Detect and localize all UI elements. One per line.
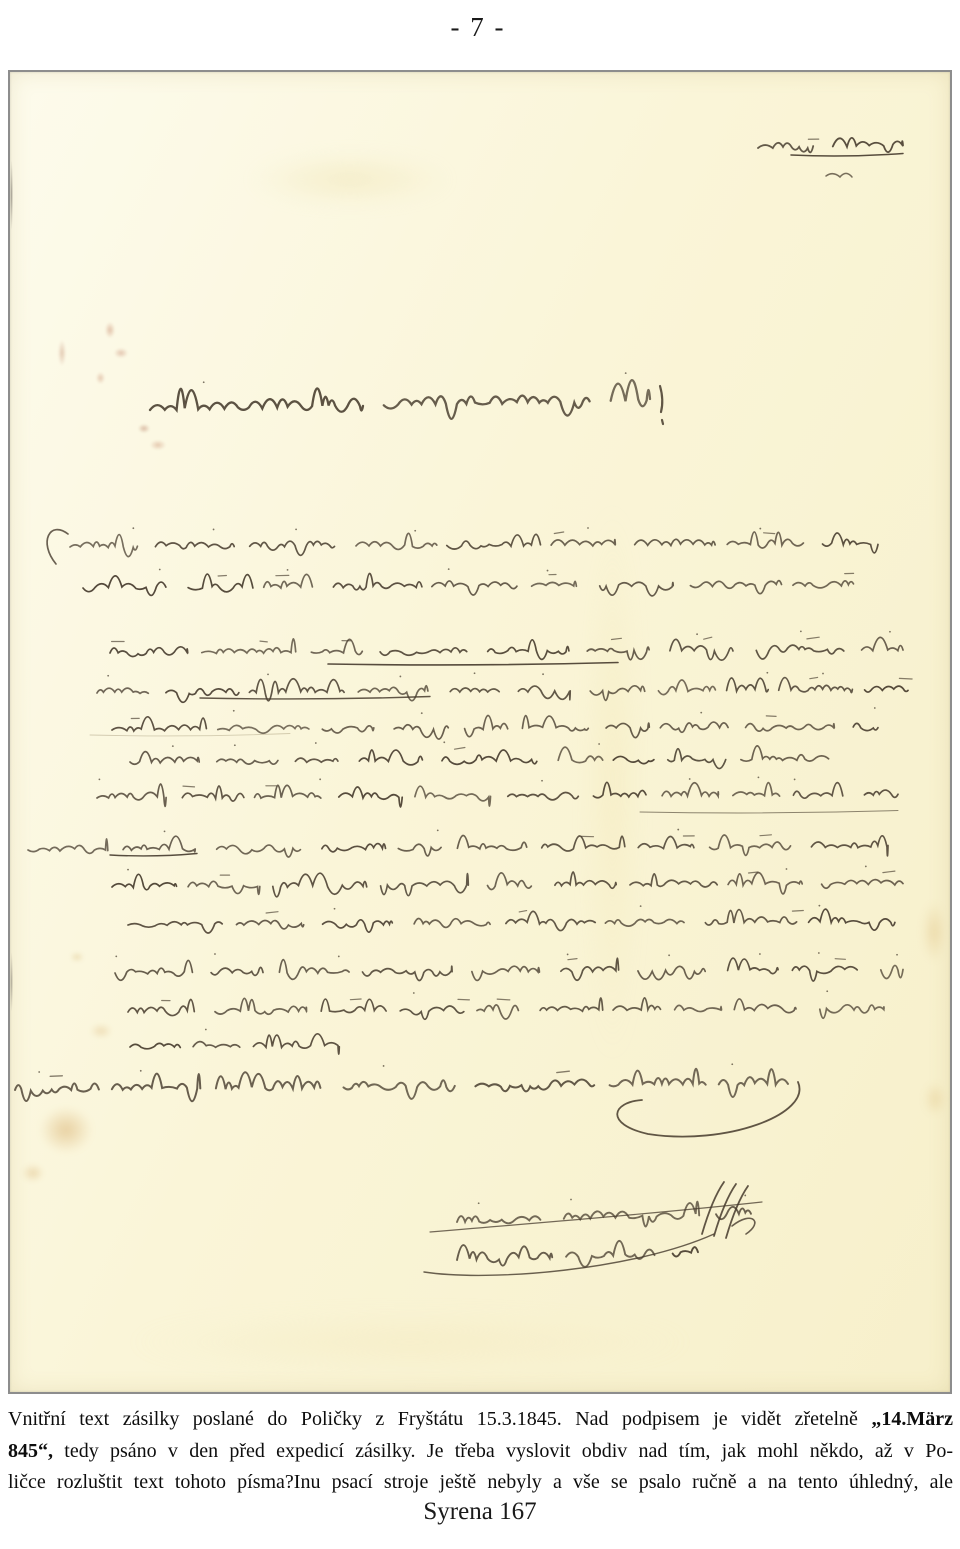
source-label: Syrena 167 (0, 1498, 960, 1526)
scanned-letter (8, 70, 952, 1394)
caption-bold-text: „14.März (871, 1408, 953, 1430)
caption-text: ličce rozluštit text tohoto písma?Inu ps… (8, 1471, 953, 1493)
caption-line-1: Vnitřní text zásilky poslané do Poličky … (8, 1404, 953, 1436)
caption-line-2: 845“, tedy psáno v den před expedicí zás… (8, 1436, 953, 1468)
document-page: - 7 - Vnitřní text zásilky poslané do Po… (0, 0, 960, 1549)
caption-text: Vnitřní text zásilky poslané do Poličky … (8, 1408, 871, 1430)
handwriting-ink (10, 72, 950, 1392)
caption-line-3: ličce rozluštit text tohoto písma?Inu ps… (8, 1467, 953, 1499)
caption: Vnitřní text zásilky poslané do Poličky … (8, 1404, 953, 1499)
page-number: - 7 - (0, 12, 956, 43)
caption-text: tedy psáno v den před expedicí zásilky. … (53, 1440, 953, 1462)
caption-bold-text: 845“, (8, 1440, 53, 1462)
